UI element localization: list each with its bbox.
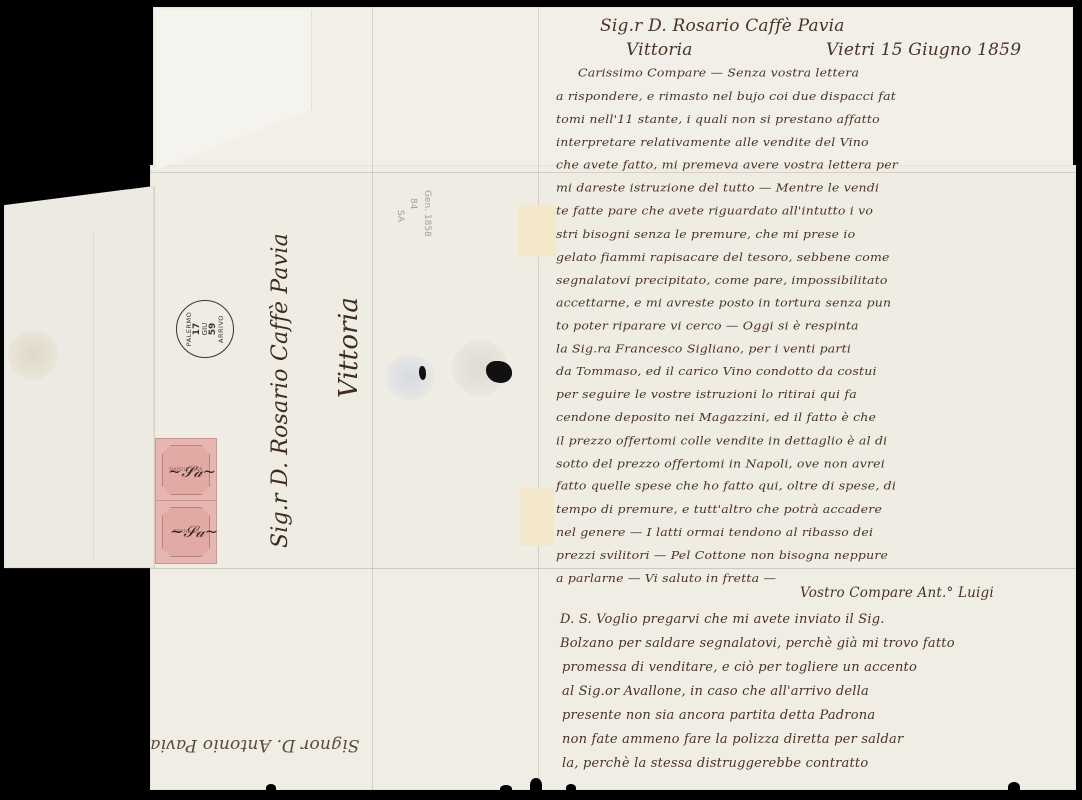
postscript-line: la, perchè la stessa distruggerebbe cont…	[562, 756, 868, 771]
palermo-arrival-postmark: PALERMO 17 GIU 59 ARRIVO	[176, 300, 234, 358]
hinge-tape	[520, 488, 554, 546]
letter-line: la Sig.ra Francesco Sigliano, per i vent…	[556, 342, 851, 355]
paper-tear	[566, 784, 576, 792]
letter-closing-signature: Vostro Compare Ant.° Luigi	[800, 585, 994, 601]
letter-line: a rispondere, e rimasto nel bujo coi due…	[556, 89, 896, 102]
postscript-line: D. S. Voglio pregarvi che mi avete invia…	[560, 612, 885, 627]
letter-line: segnalatovi precipitato, come pare, impo…	[556, 273, 888, 286]
letter-line: nel genere — I latti ormai tendono al ri…	[556, 525, 873, 538]
postscript-line: al Sig.or Avallone, in caso che all'arri…	[562, 684, 869, 699]
letter-line: to poter riparare vi cerco — Oggi si è r…	[556, 319, 859, 332]
wax-seal-fragment	[419, 366, 426, 380]
fold-line	[372, 7, 373, 790]
wax-seal-stain	[8, 330, 58, 380]
letter-heading-town: Vittoria	[626, 40, 693, 60]
letter-line: sotto del prezzo offertomi in Napoli, ov…	[556, 457, 885, 470]
letter-line: mi dareste istruzione del tutto — Mentre…	[556, 181, 879, 194]
stamp-cancellation: ~𝒮𝒶~	[170, 522, 218, 542]
pencil-mark: 84	[408, 198, 418, 209]
letter-line: il prezzo offertomi colle vendite in det…	[556, 434, 887, 447]
stamp-cancellation: ~𝒮𝒶~	[168, 462, 216, 482]
letter-line: per seguire le vostre istruzioni lo riti…	[556, 387, 857, 400]
letter-line: che avete fatto, mi premeva avere vostra…	[556, 158, 898, 171]
seal-remnant	[385, 355, 435, 400]
letter-line: da Tommaso, ed il carico Vino condotto d…	[556, 364, 877, 377]
letter-line: accettarne, e mi avreste posto in tortur…	[556, 296, 891, 309]
pencil-note: Gen. 1858	[422, 190, 432, 237]
fold-line	[93, 230, 94, 560]
postscript-line: presente non sia ancora partita detta Pa…	[562, 708, 875, 723]
postmark-day: 17	[193, 323, 201, 336]
paper-tear	[530, 778, 542, 792]
postmark-arrival-label: ARRIVO	[217, 315, 225, 343]
letter-place-date: Vietri 15 Giugno 1859	[826, 40, 1021, 60]
hinge-tape	[518, 205, 556, 257]
postscript-line: promessa di venditare, e ciò per toglier…	[562, 660, 917, 675]
postscript-line: non fate ammeno fare la polizza diretta …	[562, 732, 903, 747]
letter-line: gelato fiammi rapisacare del tesoro, seb…	[556, 250, 890, 263]
letter-line: cendone deposito nei Magazzini, ed il fa…	[556, 410, 876, 423]
letter-heading-addressee: Sig.r D. Rosario Caffè Pavia	[600, 16, 845, 36]
letter-line: te fatte pare che avete riguardato all'i…	[556, 204, 873, 217]
letter-line: interpretare relativamente alle vendite …	[556, 135, 869, 148]
inverted-docket-note: Signor D. Antonio Pavia	[150, 735, 359, 755]
paper-tear	[500, 785, 512, 793]
addressee-town: Vittoria	[334, 297, 364, 398]
letter-line: tempo di premure, e tutt'altro che potrà…	[556, 502, 882, 515]
wax-seal-fragment	[486, 361, 512, 383]
letter-line: Carissimo Compare — Senza vostra lettera	[578, 66, 859, 79]
letter-line: stri bisogni senza le premure, che mi pr…	[556, 227, 855, 240]
postscript-line: Bolzano per saldare segnalatovi, perchè …	[560, 636, 955, 651]
postmark-year: 59	[209, 323, 217, 336]
letter-line: a parlarne — Vi saluto in fretta —	[556, 572, 776, 585]
letter-line: prezzi svilitori — Pel Cottone non bisog…	[556, 548, 888, 561]
letter-line: fatto quelle spese che ho fatto qui, olt…	[556, 479, 896, 492]
paper-tear	[266, 784, 276, 792]
addressee-name: Sig.r D. Rosario Caffè Pavia	[268, 233, 293, 548]
pencil-mark: SA	[395, 210, 405, 222]
fold-line	[150, 172, 1076, 173]
letter-line: tomi nell'11 stante, i quali non si pres…	[556, 112, 880, 125]
fold-line	[538, 7, 539, 790]
fold-line	[4, 568, 1076, 569]
paper-tear	[1008, 782, 1020, 792]
